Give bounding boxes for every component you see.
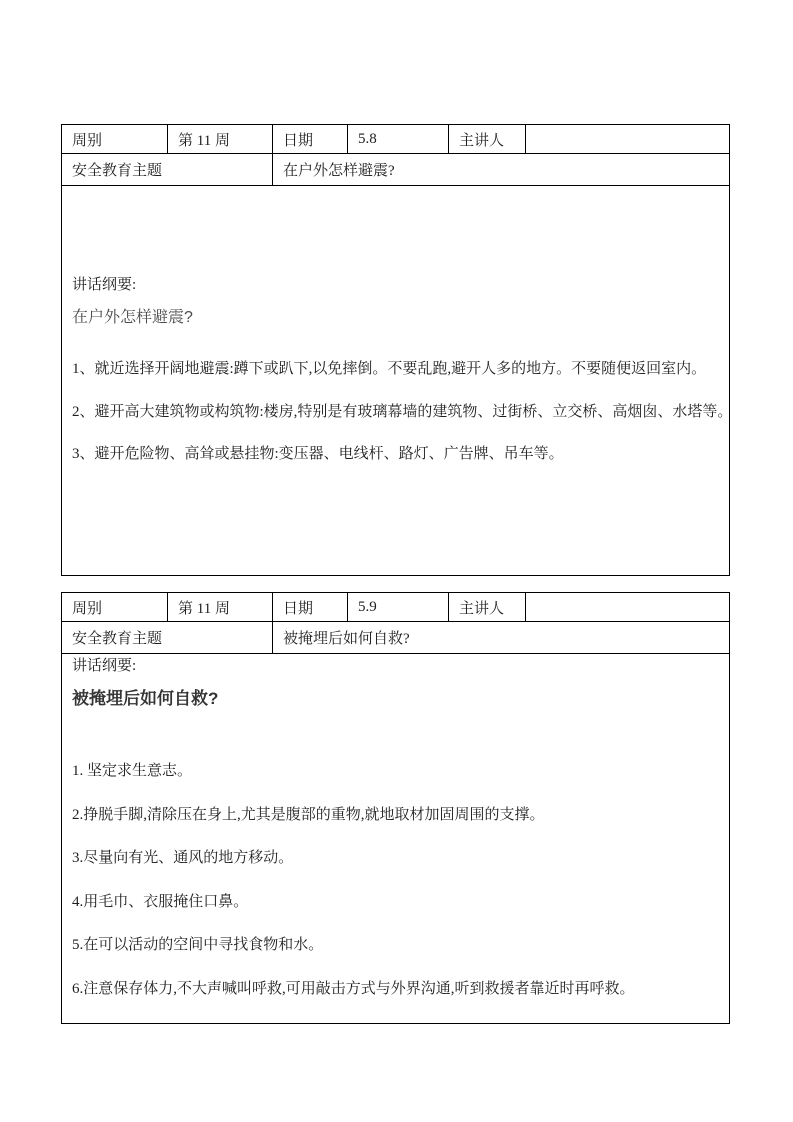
content-cell: 讲话纲要: 被掩埋后如何自救? 1. 坚定求生意志。 2.挣脱手脚,清除压在身上… xyxy=(62,654,730,1024)
speaker-label: 主讲人 xyxy=(449,593,526,622)
content-row: 讲话纲要: 在户外怎样避震? 1、就近选择开阔地避震:蹲下或趴下,以免摔倒。不要… xyxy=(62,186,730,576)
topic-value: 在户外怎样避震? xyxy=(273,154,730,186)
outline-item-4: 4.用毛巾、衣服掩住口鼻。 xyxy=(72,891,719,914)
week-value: 第 11 周 xyxy=(168,125,273,154)
content-cell: 讲话纲要: 在户外怎样避震? 1、就近选择开阔地避震:蹲下或趴下,以免摔倒。不要… xyxy=(62,186,730,576)
outline-item-1: 1、就近选择开阔地避震:蹲下或趴下,以免摔倒。不要乱跑,避开人多的地方。不要随便… xyxy=(72,358,719,381)
content-title: 在户外怎样避震? xyxy=(72,307,719,329)
date-value: 5.8 xyxy=(348,125,449,154)
topic-row: 安全教育主题 在户外怎样避震? xyxy=(62,154,730,186)
topic-label: 安全教育主题 xyxy=(62,622,273,654)
outline-item-3: 3.尽量向有光、通风的地方移动。 xyxy=(72,847,719,870)
date-label: 日期 xyxy=(273,593,348,622)
content-row: 讲话纲要: 被掩埋后如何自救? 1. 坚定求生意志。 2.挣脱手脚,清除压在身上… xyxy=(62,654,730,1024)
speaker-value xyxy=(526,125,730,154)
document-page: 周别 第 11 周 日期 5.8 主讲人 安全教育主题 在户外怎样避震? 讲话纲… xyxy=(0,0,793,1122)
lesson-table-2: 周别 第 11 周 日期 5.9 主讲人 安全教育主题 被掩埋后如何自救? 讲话… xyxy=(61,592,730,1024)
topic-label: 安全教育主题 xyxy=(62,154,273,186)
outline-item-3: 3、避开危险物、高耸或悬挂物:变压器、电线杆、路灯、广告牌、吊车等。 xyxy=(72,443,719,466)
lesson-table-1: 周别 第 11 周 日期 5.8 主讲人 安全教育主题 在户外怎样避震? 讲话纲… xyxy=(61,124,730,576)
week-label: 周别 xyxy=(62,593,168,622)
outline-item-2: 2、避开高大建筑物或构筑物:楼房,特别是有玻璃幕墙的建筑物、过街桥、立交桥、高烟… xyxy=(72,401,719,424)
week-value: 第 11 周 xyxy=(168,593,273,622)
week-label: 周别 xyxy=(62,125,168,154)
topic-row: 安全教育主题 被掩埋后如何自救? xyxy=(62,622,730,654)
meta-row: 周别 第 11 周 日期 5.8 主讲人 xyxy=(62,125,730,154)
speaker-value xyxy=(526,593,730,622)
meta-row: 周别 第 11 周 日期 5.9 主讲人 xyxy=(62,593,730,622)
outline-label: 讲话纲要: xyxy=(72,275,719,296)
content-title: 被掩埋后如何自救? xyxy=(72,688,719,710)
outline-item-2: 2.挣脱手脚,清除压在身上,尤其是腹部的重物,就地取材加固周围的支撑。 xyxy=(72,804,719,827)
date-value: 5.9 xyxy=(348,593,449,622)
outline-item-1: 1. 坚定求生意志。 xyxy=(72,760,719,783)
outline-item-5: 5.在可以活动的空间中寻找食物和水。 xyxy=(72,934,719,957)
topic-value: 被掩埋后如何自救? xyxy=(273,622,730,654)
outline-label: 讲话纲要: xyxy=(72,656,719,677)
outline-item-6: 6.注意保存体力,不大声喊叫呼救,可用敲击方式与外界沟通,听到救援者靠近时再呼救… xyxy=(72,978,719,1001)
date-label: 日期 xyxy=(273,125,348,154)
speaker-label: 主讲人 xyxy=(449,125,526,154)
